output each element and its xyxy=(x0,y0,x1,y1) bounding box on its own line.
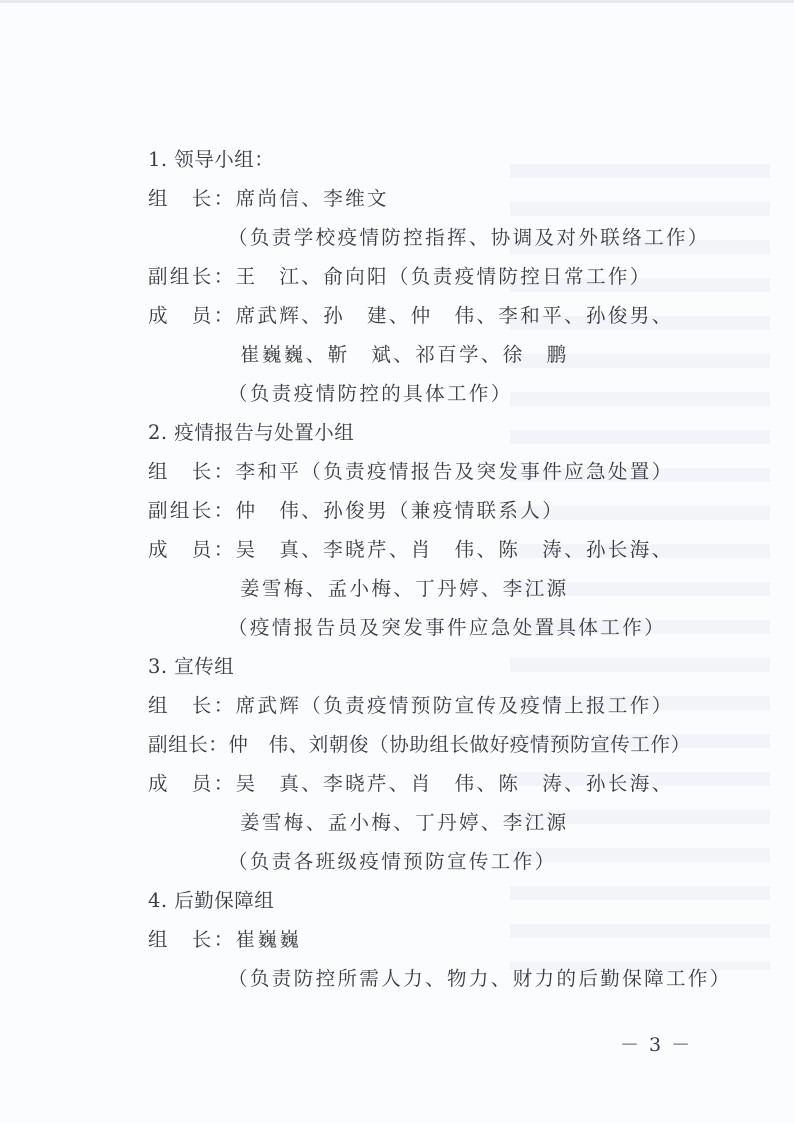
report-members-cont: 姜雪梅、孟小梅、丁丹婷、李江源 xyxy=(240,577,569,601)
leadership-members: 成 员：席武辉、孙 建、仲 伟、李和平、孙俊男、 xyxy=(148,304,674,328)
report-leader: 组 长：李和平（负责疫情报告及突发事件应急处置） xyxy=(148,460,674,484)
leadership-leader: 组 长：席尚信、李维文 xyxy=(148,187,389,211)
publicity-members-duty: （负责各班级疫情预防宣传工作） xyxy=(228,850,557,874)
heading-report-group: 2. 疫情报告与处置小组 xyxy=(148,421,354,445)
publicity-deputy: 副组长：仲 伟、刘朝俊（协助组长做好疫情预防宣传工作） xyxy=(148,733,691,757)
heading-leadership-group: 1. 领导小组： xyxy=(148,148,274,172)
leadership-deputy: 副组长：王 江、俞向阳（负责疫情防控日常工作） xyxy=(148,265,652,289)
logistics-leader: 组 长：崔巍巍 xyxy=(148,928,301,952)
publicity-members-cont: 姜雪梅、孟小梅、丁丹婷、李江源 xyxy=(240,811,569,835)
publicity-leader: 组 长：席武辉（负责疫情预防宣传及疫情上报工作） xyxy=(148,694,674,718)
leadership-members-duty: （负责疫情防控的具体工作） xyxy=(228,382,513,406)
leadership-members-cont: 崔巍巍、靳 斌、祁百学、徐 鹏 xyxy=(240,343,569,367)
report-deputy: 副组长：仲 伟、孙俊男（兼疫情联系人） xyxy=(148,499,564,523)
report-members: 成 员：吴 真、李晓芹、肖 伟、陈 涛、孙长海、 xyxy=(148,538,674,562)
logistics-leader-duty: （负责防控所需人力、物力、财力的后勤保障工作） xyxy=(228,967,732,991)
heading-logistics-group: 4. 后勤保障组 xyxy=(148,889,274,913)
heading-publicity-group: 3. 宣传组 xyxy=(148,655,234,679)
page-number: － 3 － xyxy=(620,1030,692,1057)
report-members-duty: （疫情报告员及突发事件应急处置具体工作） xyxy=(228,616,666,640)
document-page: 1. 领导小组： 组 长：席尚信、李维文 （负责学校疫情防控指挥、协调及对外联络… xyxy=(0,0,794,1123)
publicity-members: 成 员：吴 真、李晓芹、肖 伟、陈 涛、孙长海、 xyxy=(148,772,674,796)
leadership-leader-duty: （负责学校疫情防控指挥、协调及对外联络工作） xyxy=(228,226,710,250)
